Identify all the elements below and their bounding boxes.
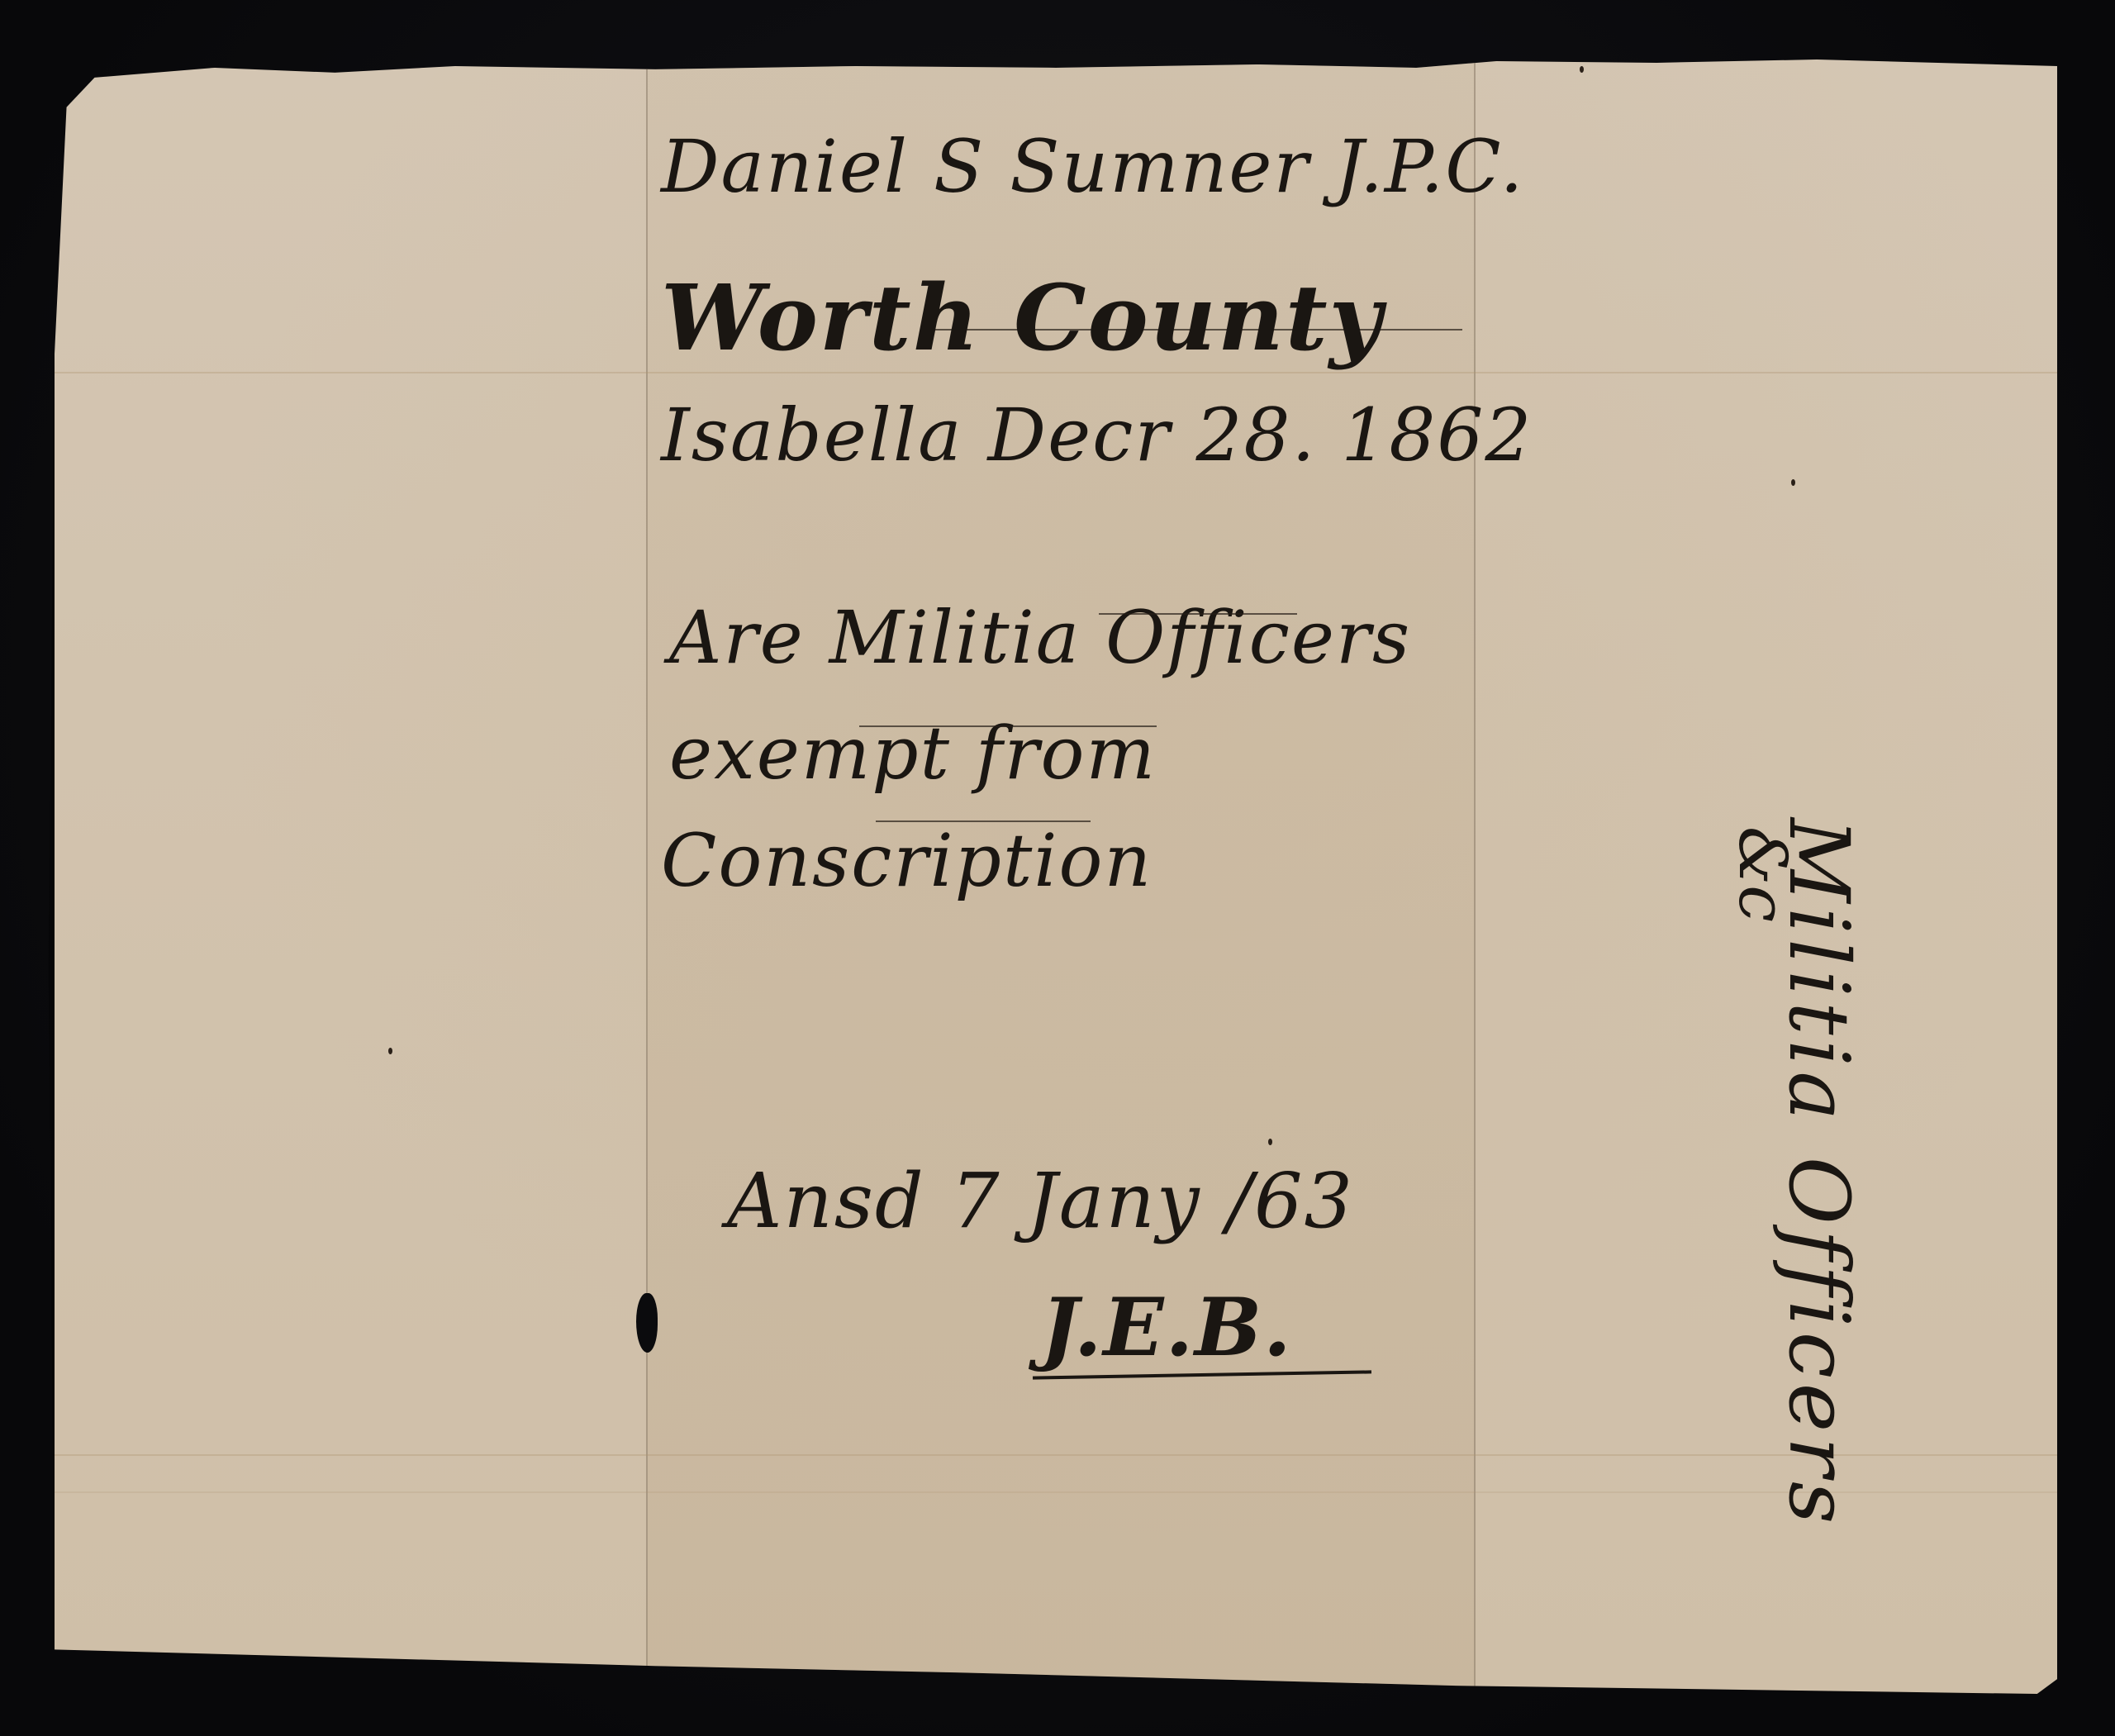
ruled-line [876,820,1091,822]
place-date-line: Isabella Decr 28. 1862 [661,392,1533,478]
answer-initials: J.E.B. [1041,1281,1293,1374]
ink-speck [1791,479,1795,486]
ruled-line [859,725,1157,727]
fold-line-lower [55,1454,2057,1456]
question-line-3: Conscription [661,818,1153,903]
ink-speck [1580,66,1584,73]
question-line-2: exempt from [669,711,1157,796]
docket-endorsement-suffix: &c [1724,826,1801,922]
county-line: Worth County [661,264,1384,371]
answer-date-note: Ansd 7 Jany /63 [727,1157,1354,1245]
ink-speck [388,1048,392,1054]
fold-line-lower-2 [55,1491,2057,1493]
paper-hole [636,1293,658,1353]
docket-endorsement-title: Militia Officers [1770,818,1867,1529]
fold-line-upper [55,372,2057,373]
question-line-1: Are Militia Officers [669,595,1411,680]
sender-line: Daniel S Sumner J.P.C. [661,124,1524,209]
ink-speck [1268,1139,1272,1145]
ruled-line [1099,613,1297,615]
